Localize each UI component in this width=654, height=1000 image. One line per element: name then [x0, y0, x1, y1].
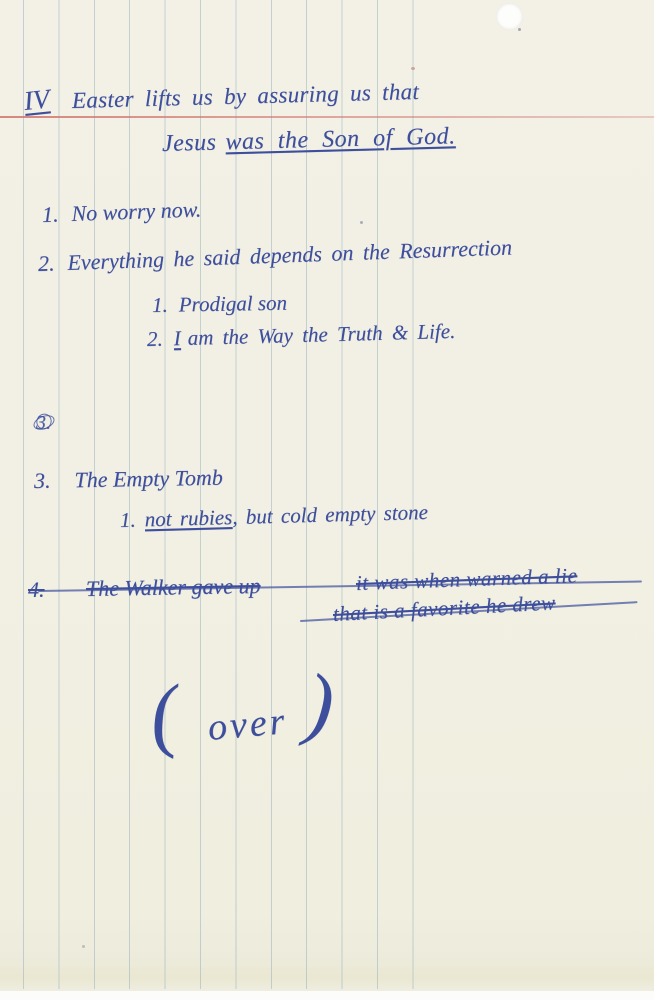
point-2-number: 2. — [38, 250, 55, 277]
paper-speck — [518, 28, 521, 31]
subitem-1-text: Prodigal son — [179, 291, 288, 317]
point-3-text: The Empty Tomb — [74, 465, 223, 493]
over-word: over — [206, 699, 289, 750]
point-3-subitem-underlined: not rubies — [144, 505, 232, 531]
point-3-subitem-text: , but cold empty stone — [232, 500, 428, 529]
notebook-page: IV Easter lifts us by assuring us that J… — [0, 0, 654, 991]
margin-line — [0, 116, 654, 118]
scratched-out-number: 3. — [36, 412, 68, 440]
point-2-subitem-1: 1.Prodigal son — [152, 291, 287, 318]
punch-hole — [496, 3, 523, 30]
point-3: 3.The Empty Tomb — [34, 465, 223, 494]
point-3-subitem-number: 1. — [120, 508, 136, 533]
title-line-2-underlined: was the Son of God. — [225, 123, 456, 155]
point-1-number: 1. — [42, 201, 59, 228]
point-1-text: No worry now. — [71, 196, 202, 226]
subitem-2-underlined: I — [173, 326, 181, 350]
paper-speck — [360, 221, 363, 224]
point-1: 1.No worry now. — [42, 196, 202, 228]
subitem-1-number: 1. — [152, 293, 168, 318]
title-line-2-lead: Jesus — [162, 130, 217, 157]
subitem-2-number: 2. — [147, 327, 163, 352]
section-numeral: IV — [22, 83, 51, 116]
point-3-number: 3. — [34, 468, 51, 494]
scanned-note-image: { "colors": { "ink": "#3d4f9c", "margin_… — [0, 0, 654, 1000]
paper-speck — [411, 67, 415, 70]
paper-speck — [82, 945, 85, 948]
